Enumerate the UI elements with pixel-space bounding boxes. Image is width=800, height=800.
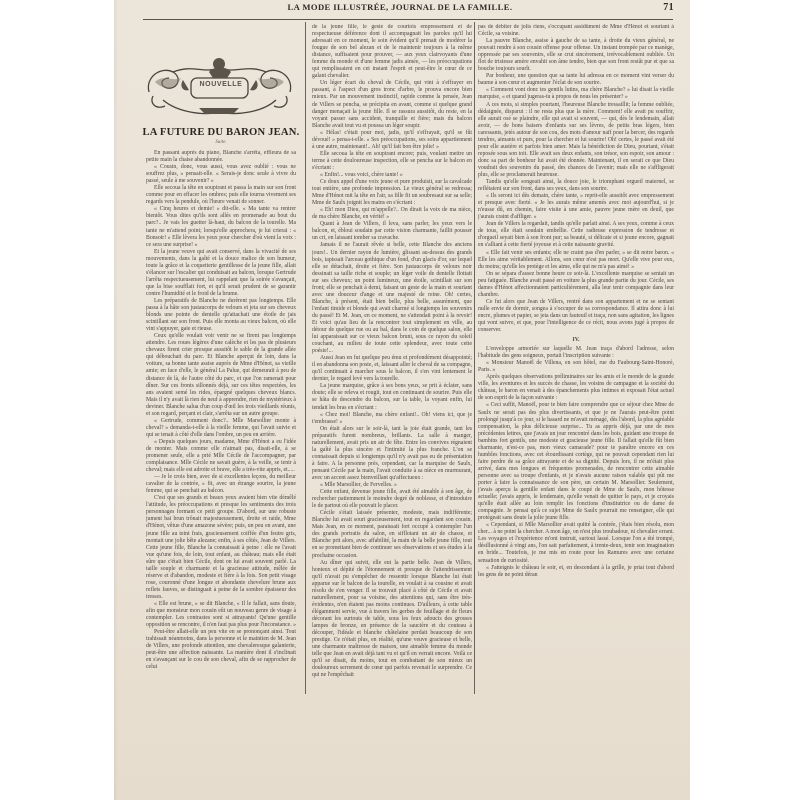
journal-title: LA MODE ILLUSTRÉE, JOURNAL DE LA FAMILLE… bbox=[126, 2, 674, 12]
article-column-2: de la jeune fille, le geste de courtois … bbox=[312, 24, 472, 696]
paragraph: Par bonheur, une question que sa tante l… bbox=[478, 73, 674, 87]
paragraph: « Depuis quelques jours, madame, Mme d'H… bbox=[146, 439, 296, 474]
paragraph: « Ceci suffit, Manoël, pour te bien fair… bbox=[478, 402, 674, 522]
paragraph: de la jeune fille, le geste de courtois … bbox=[312, 24, 472, 80]
paragraph: La jeune marquise, grâce à ses bons yeux… bbox=[312, 383, 472, 411]
paragraph: En passant auprès du piano, Blanche s'ar… bbox=[146, 150, 296, 164]
paragraph: On se sépara d'assez bonne heure ce soir… bbox=[478, 271, 674, 299]
page-number: 71 bbox=[663, 2, 674, 13]
page-edge-shadow bbox=[114, 0, 118, 800]
column-divider bbox=[474, 22, 475, 694]
paragraph: « Cousin, donc, vous aussi, vous avez ou… bbox=[146, 164, 296, 185]
paragraph: « Hélas! c'était pour moi, jadis, qu'il … bbox=[312, 130, 472, 151]
article-column-1: En passant auprès du piano, Blanche s'ar… bbox=[146, 150, 296, 702]
paragraph: « Chez moi! Blanche, ma chère enfant!.. … bbox=[312, 412, 472, 426]
paragraph: « J'atteignis le château le soir, et, en… bbox=[478, 565, 674, 579]
section-heading: IV. bbox=[478, 337, 674, 344]
section-label: NOUVELLE bbox=[196, 81, 246, 88]
paragraph: Ce fut alors que Jean de Villers, rentré… bbox=[478, 299, 674, 334]
paragraph: Quant à Jean de Villers, il leva, sans p… bbox=[312, 221, 472, 242]
paragraph: « Cependant, si Mlle Marsollier avait qu… bbox=[478, 522, 674, 564]
paragraph: « Elle est brune, » se dit Blanche, « Il… bbox=[146, 601, 296, 629]
paragraph: Tandis qu'elle songeait ainsi, la douce … bbox=[478, 179, 674, 193]
paragraph: pas de débiter de jolis riens, s'occupan… bbox=[478, 24, 674, 38]
paragraph: — Je le crois bien, avec de si excellent… bbox=[146, 474, 296, 495]
paragraph: Ce doux appel d'une voix jeune et pure p… bbox=[312, 179, 472, 207]
paragraph: Jamais il ne l'aurait rêvée si belle, ce… bbox=[312, 242, 472, 355]
paragraph: « Eh! mon Dieu, qui m'appelle?.. On dira… bbox=[312, 207, 472, 221]
paragraph: Cette enfant, devenue jeune fille, avait… bbox=[312, 489, 472, 510]
paragraph: « Gertrude, comment donc?.. Mlle Marsoll… bbox=[146, 418, 296, 439]
paragraph: Elle secoua la tête en soupirant et pass… bbox=[146, 185, 296, 206]
paragraph: Et la jeune veuve qui avait conservé, da… bbox=[146, 249, 296, 298]
paragraph: La pauvre Blanche, assise à gauche de sa… bbox=[478, 38, 674, 73]
paragraph: On était alors sur le soir-là, tant la j… bbox=[312, 426, 472, 482]
paragraph: Au dîner qui suivit, elle eut la partie … bbox=[312, 560, 472, 680]
paragraph: « Comment vont donc tes gentils lutins, … bbox=[478, 87, 674, 101]
paragraph: L'enveloppe armoriée sur laquelle M. Jea… bbox=[478, 346, 674, 360]
column-divider bbox=[305, 22, 306, 694]
paragraph: « Enfin!... vous voici, chère tante! » bbox=[312, 172, 472, 179]
paragraph: Un léger écart du cheval de Cécile, qui … bbox=[312, 80, 472, 129]
paragraph: Cécile s'était laissée présenter, modest… bbox=[312, 510, 472, 559]
paragraph: Après quelques observations préliminaire… bbox=[478, 374, 674, 402]
paragraph: Ceux qu'elle voulait voir venir ne se fi… bbox=[146, 333, 296, 418]
paragraph: « Monsieur Manoël de Villena, en son hôt… bbox=[478, 360, 674, 374]
paragraph: « Elle fait venir ses enfants; elle ne c… bbox=[478, 250, 674, 271]
article-column-3: pas de débiter de jolis riens, s'occupan… bbox=[478, 24, 674, 700]
continuation-note: Suite. bbox=[140, 140, 302, 145]
paragraph: Les préparatifs de Blanche ne durèrent p… bbox=[146, 298, 296, 333]
paragraph: « Cinq heures et demie! » dit-elle. « Ma… bbox=[146, 206, 296, 248]
paragraph: Peut-être allait-elle un peu vite en se … bbox=[146, 629, 296, 671]
running-header: LA MODE ILLUSTRÉE, JOURNAL DE LA FAMILLE… bbox=[126, 2, 674, 16]
header-rule bbox=[143, 19, 673, 20]
paragraph: Elle secoua la tête en soupirant encore;… bbox=[312, 151, 472, 172]
story-title: LA FUTURE DU BARON JEAN. bbox=[140, 127, 302, 138]
paragraph: Jean de Villers la regardait, tandis qu'… bbox=[478, 221, 674, 249]
paragraph: Aussi Jean en fut quelque peu ému et pro… bbox=[312, 355, 472, 383]
paragraph: C'est que ses grands et beaux yeux avaie… bbox=[146, 495, 296, 601]
paragraph: « Ils seront ici dès demain, chère tante… bbox=[478, 193, 674, 221]
paragraph: A ces mots, si simples pourtant, l'heure… bbox=[478, 102, 674, 180]
